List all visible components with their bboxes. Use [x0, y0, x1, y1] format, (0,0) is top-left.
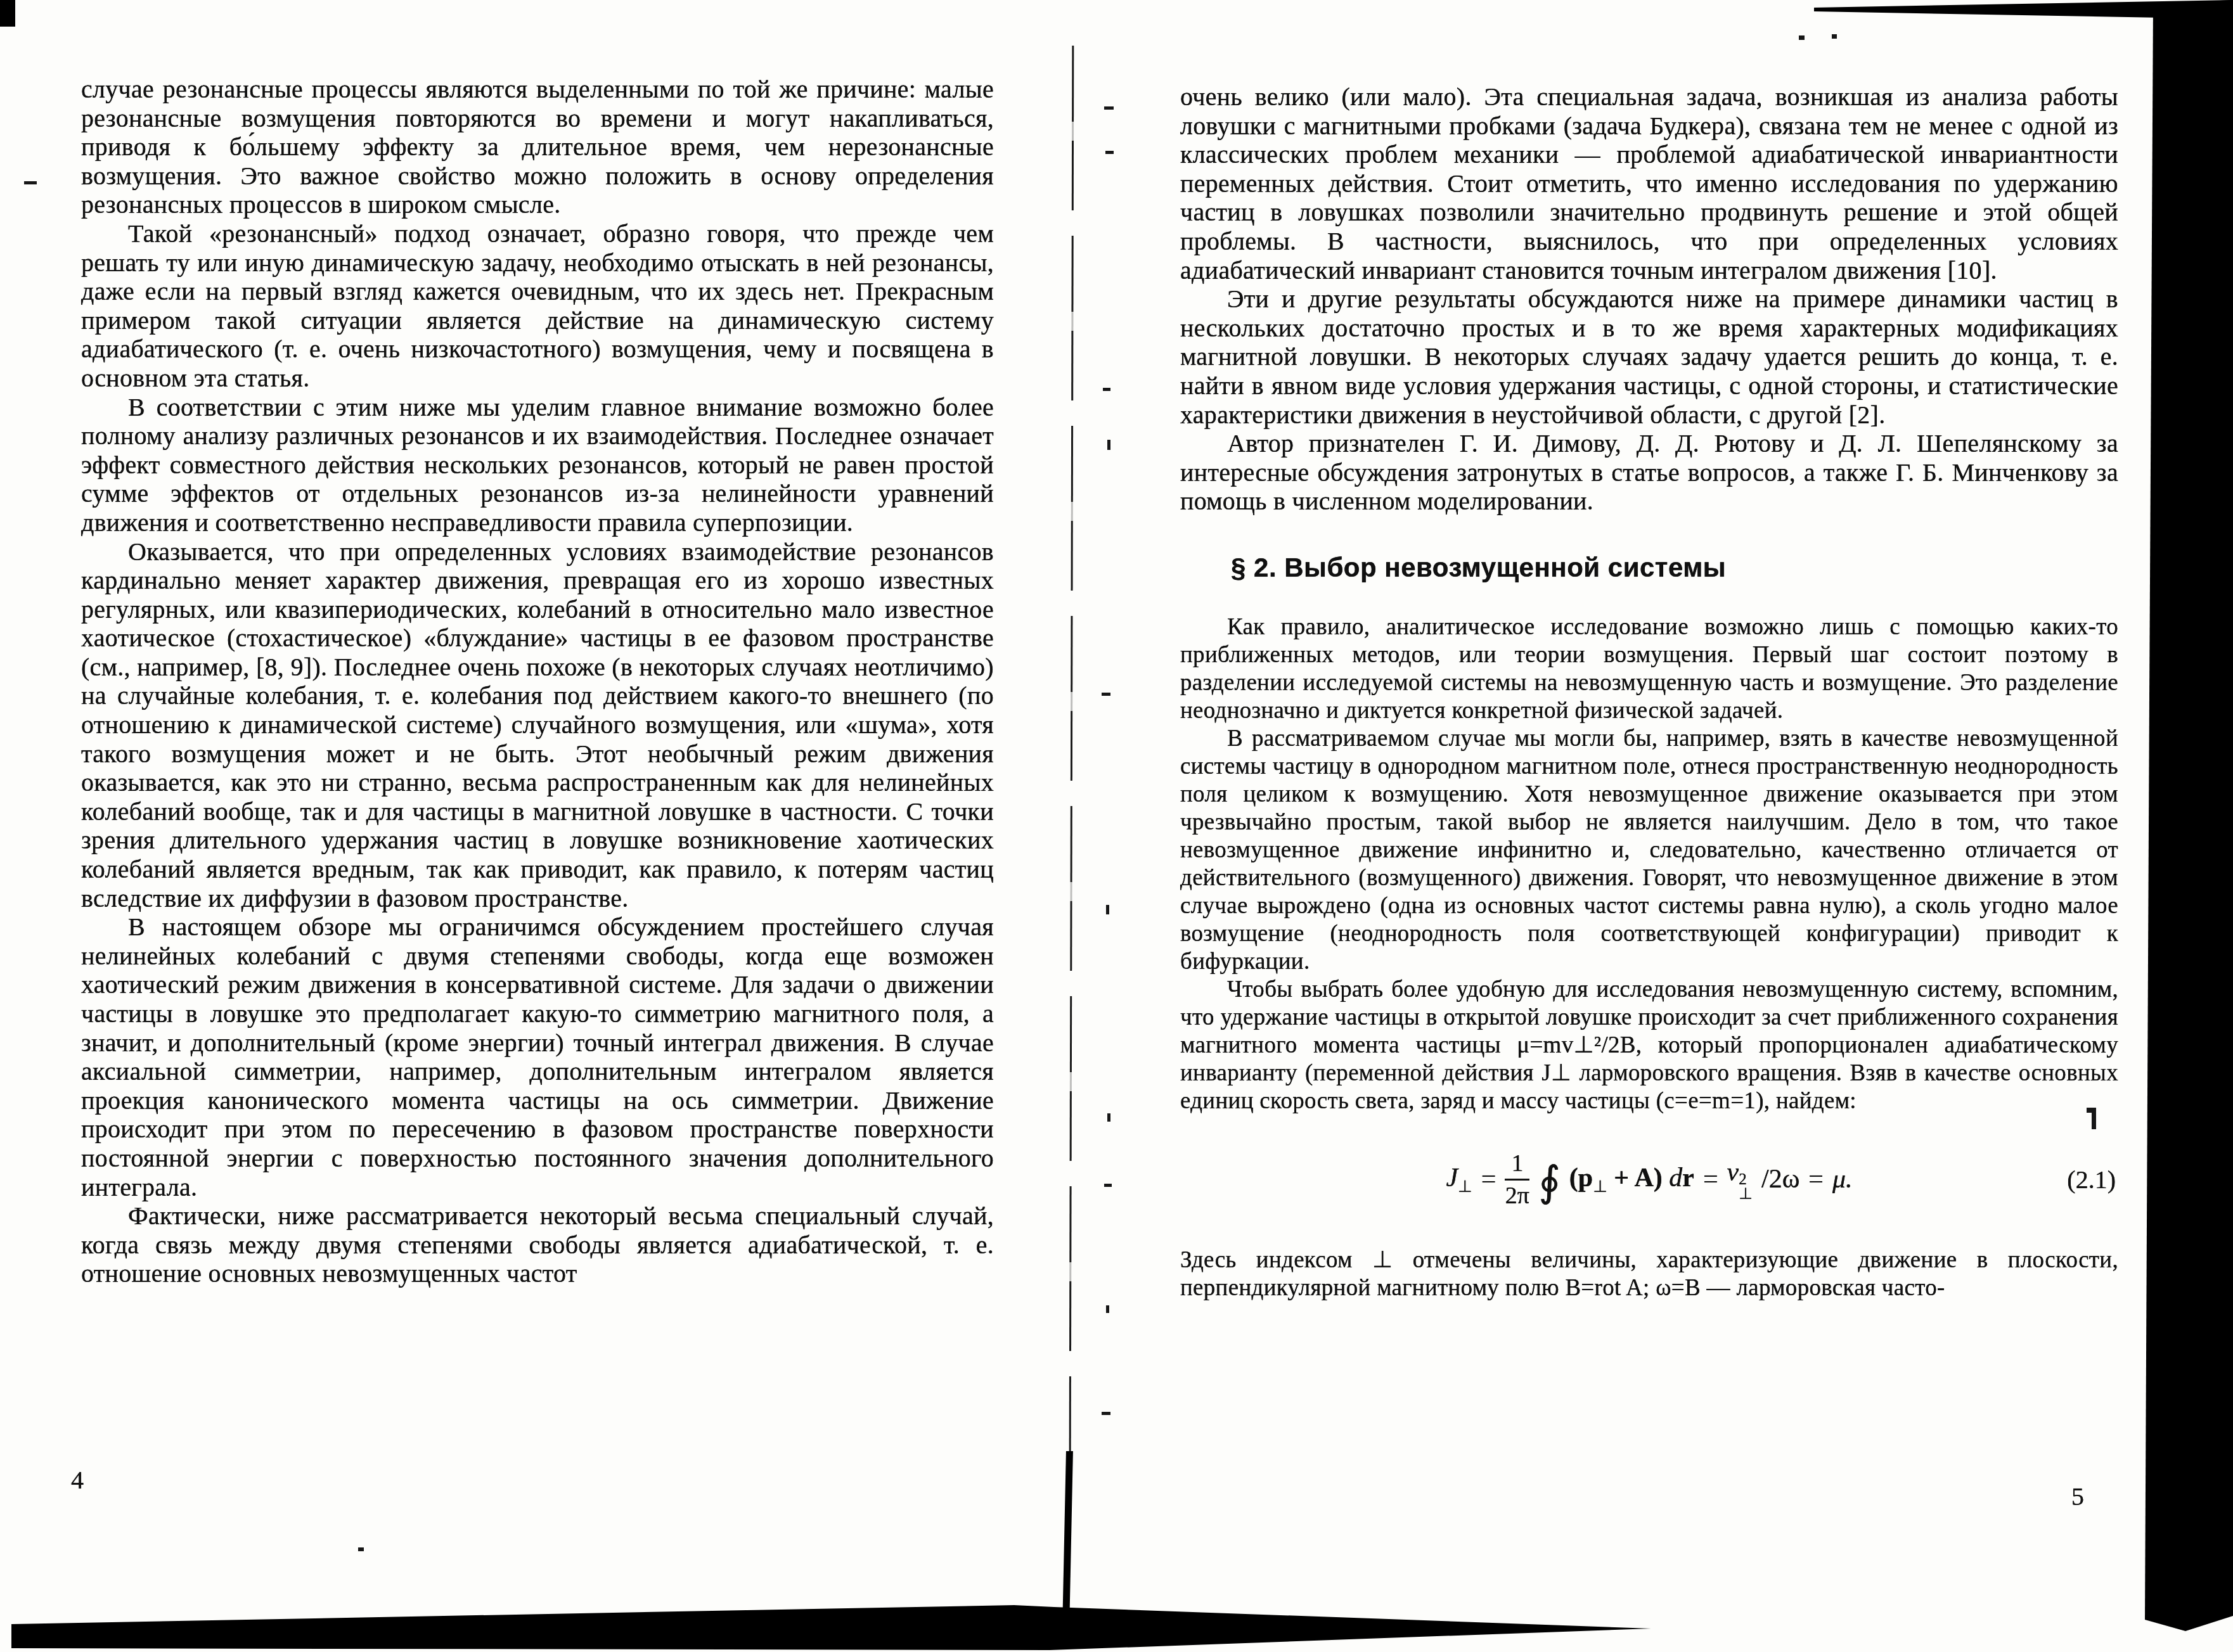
book-scan-spread: случае резонансные процессы являются выд…	[0, 0, 2233, 1652]
paragraph: Оказывается, что при определенных услови…	[81, 537, 994, 913]
equals-sign: =	[1481, 1164, 1496, 1194]
equation-2-1: J⊥ = 12π ∮ (p⊥ + A) dr = v2⊥ /2ω = μ.	[1180, 1149, 2118, 1210]
section-heading: § 2. Выбор невозмущенной системы	[1231, 553, 2118, 583]
scan-speck	[1102, 693, 1110, 696]
paragraph: В соответствии с этим ниже мы уделим гла…	[81, 393, 994, 537]
scan-speck	[1102, 1412, 1110, 1415]
paragraph: Автор признателен Г. И. Димову, Д. Д. Рю…	[1180, 429, 2118, 516]
scan-speck	[1106, 905, 1109, 914]
equation-number: (2.1)	[2067, 1165, 2116, 1194]
paragraph: Чтобы выбрать более удобную для исследов…	[1180, 976, 2118, 1115]
equals-sign: =	[1703, 1164, 1718, 1194]
over-2-omega: /2ω	[1761, 1164, 1799, 1194]
scan-speck	[1106, 1305, 1109, 1313]
v-perp-squared: v2⊥	[1727, 1157, 1753, 1201]
scan-speck	[1107, 1113, 1110, 1122]
paragraph: Здесь индексом ⊥ отмечены величины, хара…	[1180, 1246, 2118, 1302]
scan-speck	[1103, 388, 1110, 391]
right-page-column: очень велико (или мало). Эта специальная…	[1180, 82, 2118, 1302]
paragraph: Фактически, ниже рассматривается некотор…	[81, 1201, 994, 1288]
paragraph: В рассматриваемом случае мы могли бы, на…	[1180, 725, 2118, 976]
section-2-body: Как правило, аналитическое исследование …	[1180, 613, 2118, 1302]
paragraph: случае резонансные процессы являются выд…	[81, 75, 994, 219]
scan-speck	[1104, 1184, 1112, 1187]
scan-gutter-shadow	[1062, 1451, 1073, 1629]
scan-speck	[24, 181, 37, 184]
scan-speck	[1832, 34, 1837, 39]
scan-speck	[1799, 35, 1805, 40]
mu-symbol: μ.	[1832, 1164, 1853, 1194]
paragraph: Такой «резонансный» подход означает, обр…	[81, 219, 994, 393]
paragraph: В настоящем обзоре мы ограничимся обсужд…	[81, 912, 994, 1201]
equals-sign: =	[1808, 1164, 1824, 1194]
fraction-one-over-2pi: 12π	[1505, 1149, 1529, 1210]
left-page-column: случае резонансные процессы являются выд…	[81, 75, 994, 1288]
scan-speck	[358, 1547, 364, 1551]
integrand: (p⊥ + A) dr	[1569, 1163, 1694, 1196]
paragraph: Как правило, аналитическое исследование …	[1180, 613, 2118, 725]
scan-margin-mark	[2087, 1108, 2096, 1113]
paragraph: очень велико (или мало). Эта специальная…	[1180, 82, 2118, 285]
scan-speck	[1104, 106, 1114, 110]
page-number-left: 4	[71, 1465, 84, 1495]
scan-corner-mark	[0, 0, 15, 27]
equation-block: J⊥ = 12π ∮ (p⊥ + A) dr = v2⊥ /2ω = μ. (2…	[1180, 1149, 2118, 1210]
scan-speck	[1105, 151, 1114, 154]
contour-integral-icon: ∮	[1538, 1157, 1560, 1207]
paragraph: Эти и другие результаты обсуждаются ниже…	[1180, 285, 2118, 429]
scan-speck	[1107, 440, 1110, 450]
J-perp-symbol: J⊥	[1446, 1163, 1472, 1196]
page-number-right: 5	[2071, 1482, 2084, 1511]
scan-gutter-line	[1069, 46, 1074, 1459]
